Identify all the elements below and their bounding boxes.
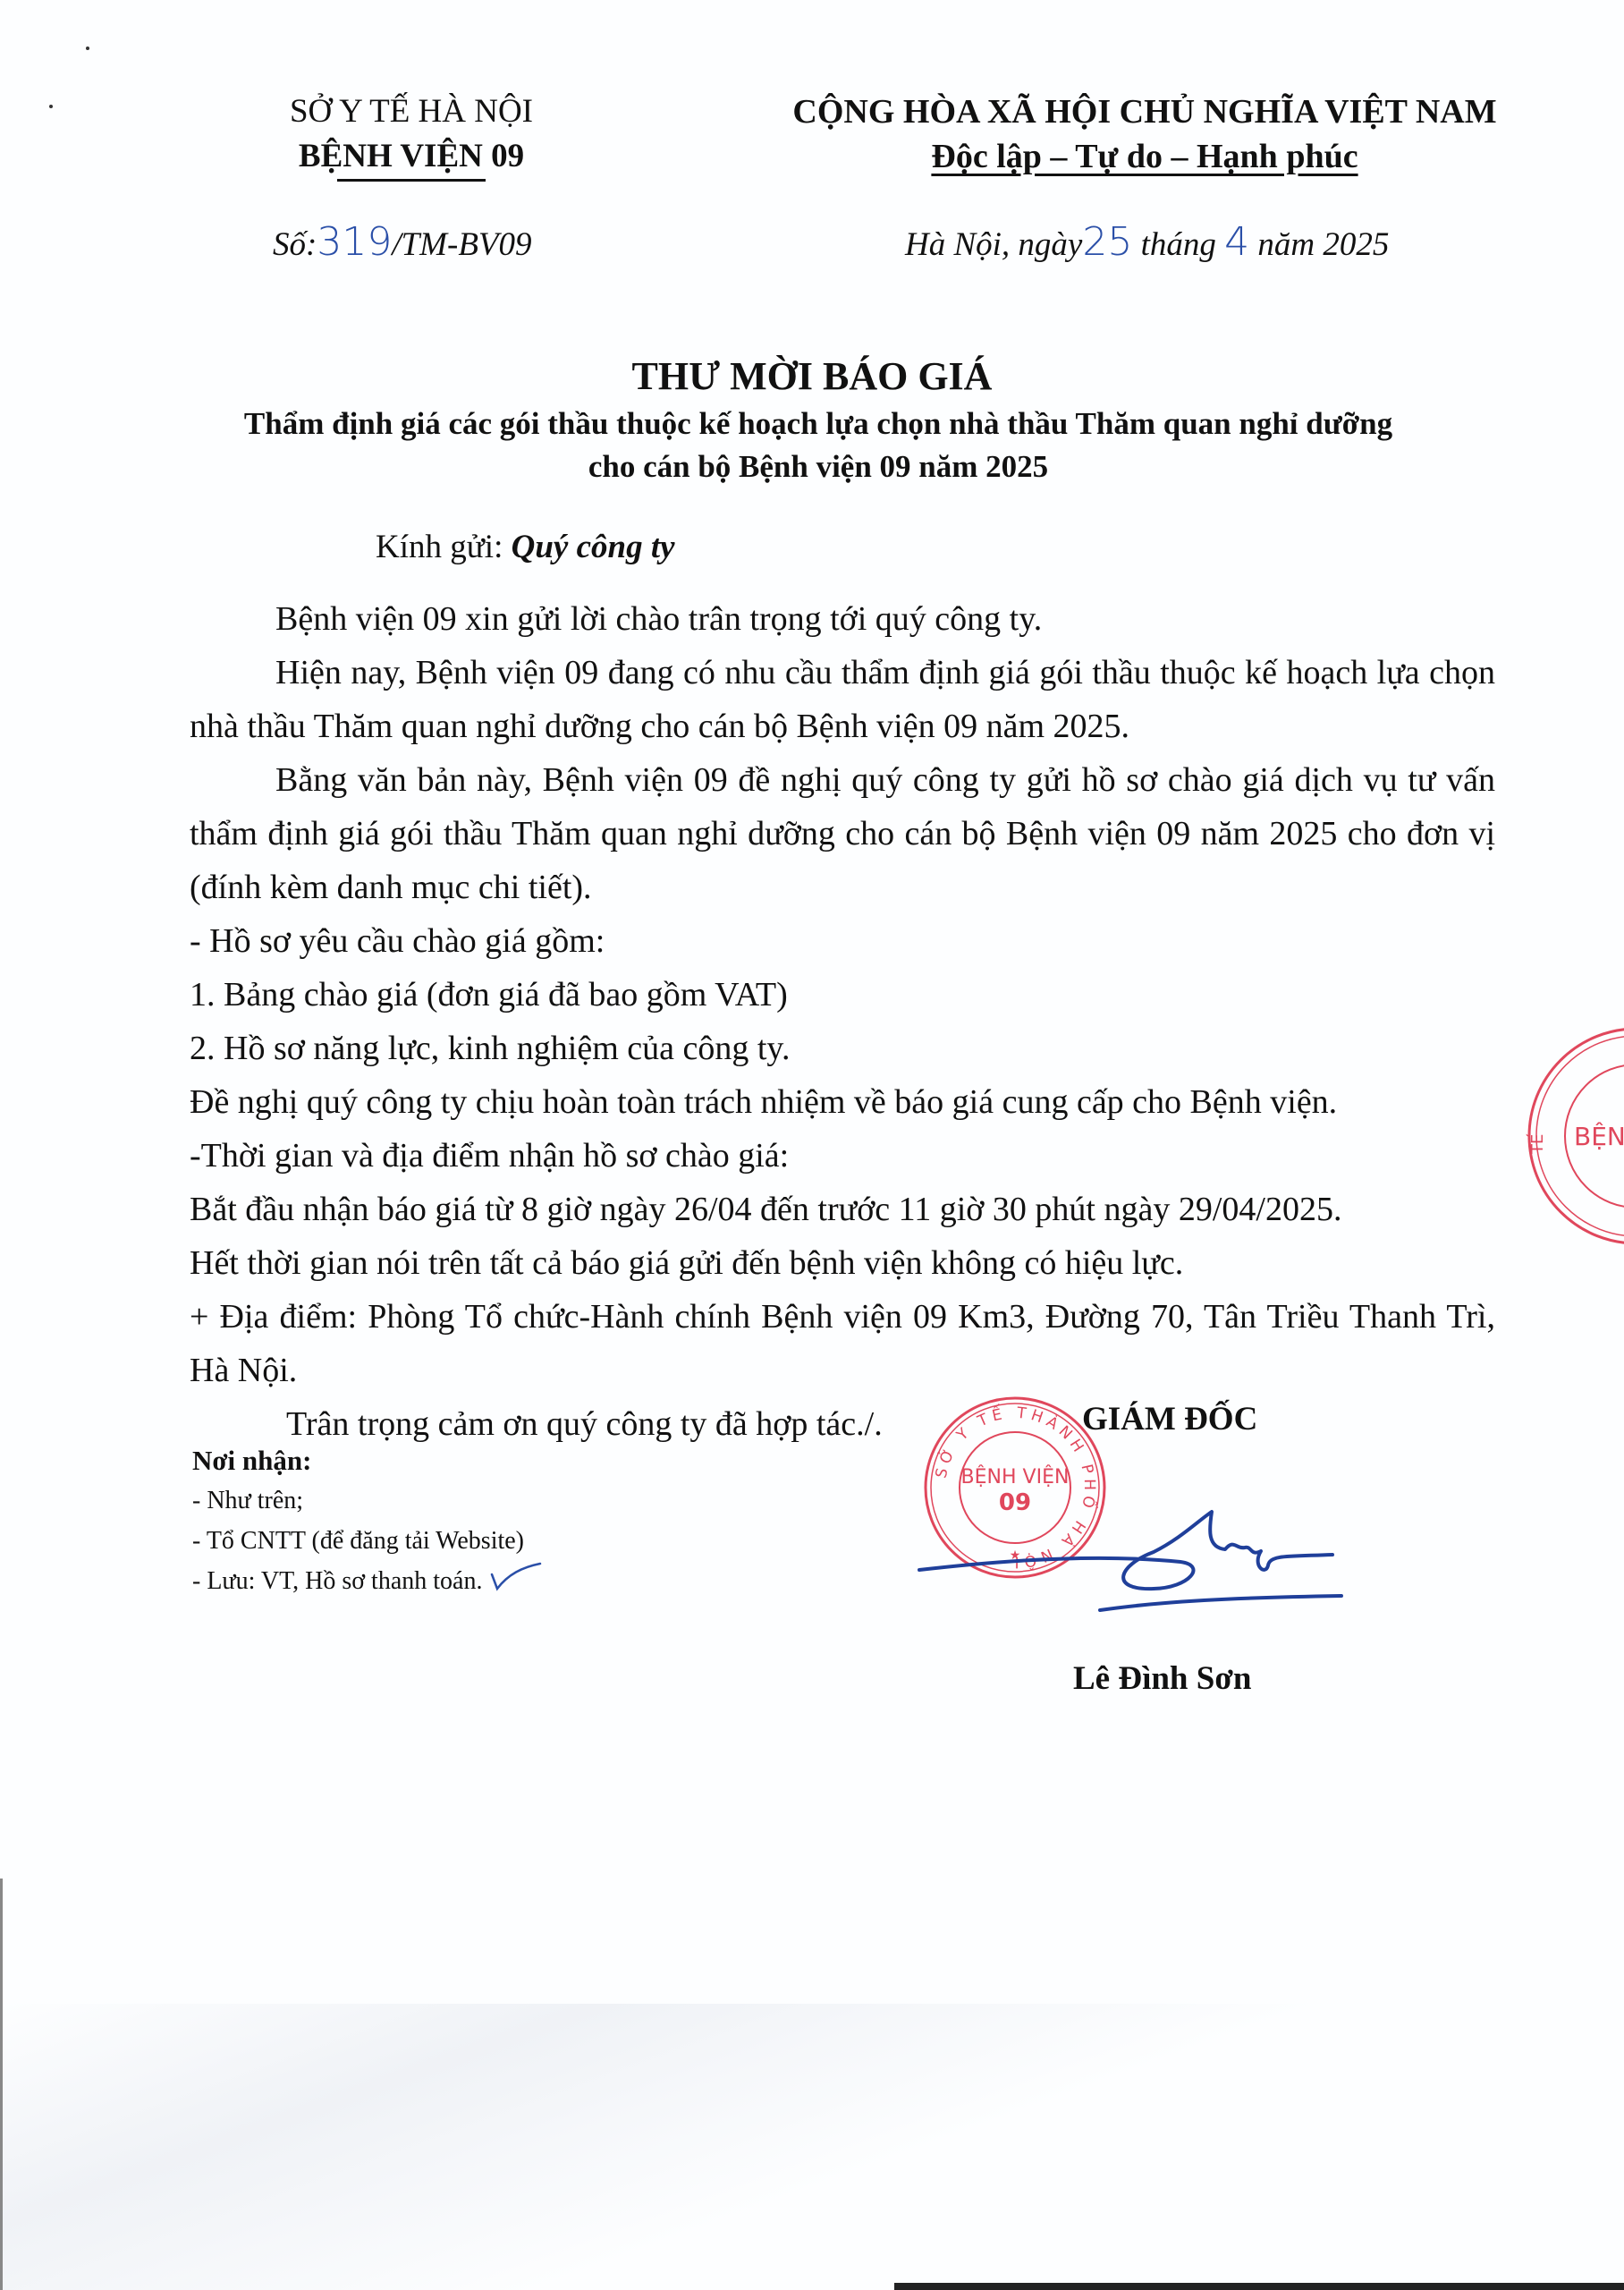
recipients-block: Nơi nhận: - Như trên; - Tổ CNTT (để đăng… [192,1440,542,1601]
requirement-item: 1. Bảng chào giá (đơn giá đã bao gồm VAT… [190,968,1495,1022]
document-subtitle: Thẩm định giá các gói thầu thuộc kế hoạc… [134,403,1502,488]
requirements-heading: - Hồ sơ yêu cầu chào giá gồm: [190,914,1495,968]
paragraph-request: Bằng văn bản này, Bệnh viện 09 đề nghị q… [190,753,1495,914]
salutation-recipient: Quý công ty [512,529,675,565]
recipients-label: Nơi nhận: [192,1440,542,1480]
document-page: SỞ Y TẾ HÀ NỘI BỆNH VIỆN 09 Số:319/TM-BV… [0,0,1624,2290]
paragraph-greeting: Bệnh viện 09 xin gửi lời chào trân trọng… [190,592,1495,646]
time-heading: -Thời gian và địa điểm nhận hồ sơ chào g… [190,1129,1495,1183]
svg-text:TẾ: TẾ [1526,1133,1547,1155]
svg-text:BỆNH VIỆN: BỆNH VIỆN [961,1465,1070,1488]
partial-seal-icon: BỆN TẾ [1520,1011,1624,1261]
letter-body: Bệnh viện 09 xin gửi lời chào trân trọng… [190,592,1495,1451]
doc-number-prefix: Số: [273,226,317,263]
doc-number-suffix: /TM-BV09 [392,226,531,263]
header-underline [337,179,486,182]
signatory-title: GIÁM ĐỐC [1082,1400,1257,1438]
expiry-note: Hết thời gian nói trên tất cả báo giá gử… [190,1236,1495,1290]
svg-text:BỆN: BỆN [1574,1121,1624,1151]
date-month-label: tháng [1141,226,1216,263]
scan-speck [49,105,53,108]
salutation: Kính gửi: Quý công ty [376,528,675,566]
subtitle-line-2: cho cán bộ Bệnh viện 09 năm 2025 [134,445,1502,488]
handwritten-signature [912,1503,1359,1619]
date-year: năm 2025 [1257,226,1389,263]
document-number: Số:319/TM-BV09 [273,219,532,265]
date-line: Hà Nội, ngày25 tháng 4 năm 2025 [905,219,1389,265]
overlap-seal-stamp: BỆN TẾ [1520,1011,1624,1261]
scan-speck [86,47,89,50]
signatory-name: Lê Đình Sơn [1073,1659,1251,1698]
national-header: CỘNG HÒA XÃ HỘI CHỦ NGHĨA VIỆT NAM Độc l… [769,89,1520,179]
document-title: THƯ MỜI BÁO GIÁ [0,353,1624,399]
recipient-item: - Lưu: VT, Hồ sơ thanh toán. [192,1561,542,1601]
doc-number-handwritten: 319 [317,219,392,265]
parent-organization: SỞ Y TẾ HÀ NỘI [233,89,590,134]
issuing-unit: BỆNH VIỆN 09 [233,134,590,179]
submission-location: + Địa điểm: Phòng Tổ chức-Hành chính Bện… [190,1290,1495,1397]
date-day-handwritten: 25 [1082,219,1132,265]
recipient-item: - Như trên; [192,1480,542,1521]
subtitle-line-1: Thẩm định giá các gói thầu thuộc kế hoạc… [134,403,1502,445]
national-motto: Độc lập – Tự do – Hạnh phúc [931,138,1358,175]
scan-shadow [0,2004,1624,2290]
scan-edge [0,1879,3,2290]
scan-edge [894,2283,1624,2290]
issuing-authority-header: SỞ Y TẾ HÀ NỘI BỆNH VIỆN 09 [233,89,590,182]
requirement-item: 2. Hồ sơ năng lực, kinh nghiệm của công … [190,1022,1495,1075]
responsibility-note: Đề nghị quý công ty chịu hoàn toàn trách… [190,1075,1495,1129]
salutation-label: Kính gửi: [376,529,503,565]
country-name: CỘNG HÒA XÃ HỘI CHỦ NGHĨA VIỆT NAM [769,89,1520,134]
date-month-handwritten: 4 [1224,219,1249,265]
recipient-item: - Tổ CNTT (để đăng tải Website) [192,1521,542,1561]
checkmark-icon [488,1562,542,1594]
time-detail: Bắt đầu nhận báo giá từ 8 giờ ngày 26/04… [190,1183,1495,1236]
date-prefix: Hà Nội, ngày [905,226,1082,263]
paragraph-need: Hiện nay, Bệnh viện 09 đang có nhu cầu t… [190,646,1495,753]
